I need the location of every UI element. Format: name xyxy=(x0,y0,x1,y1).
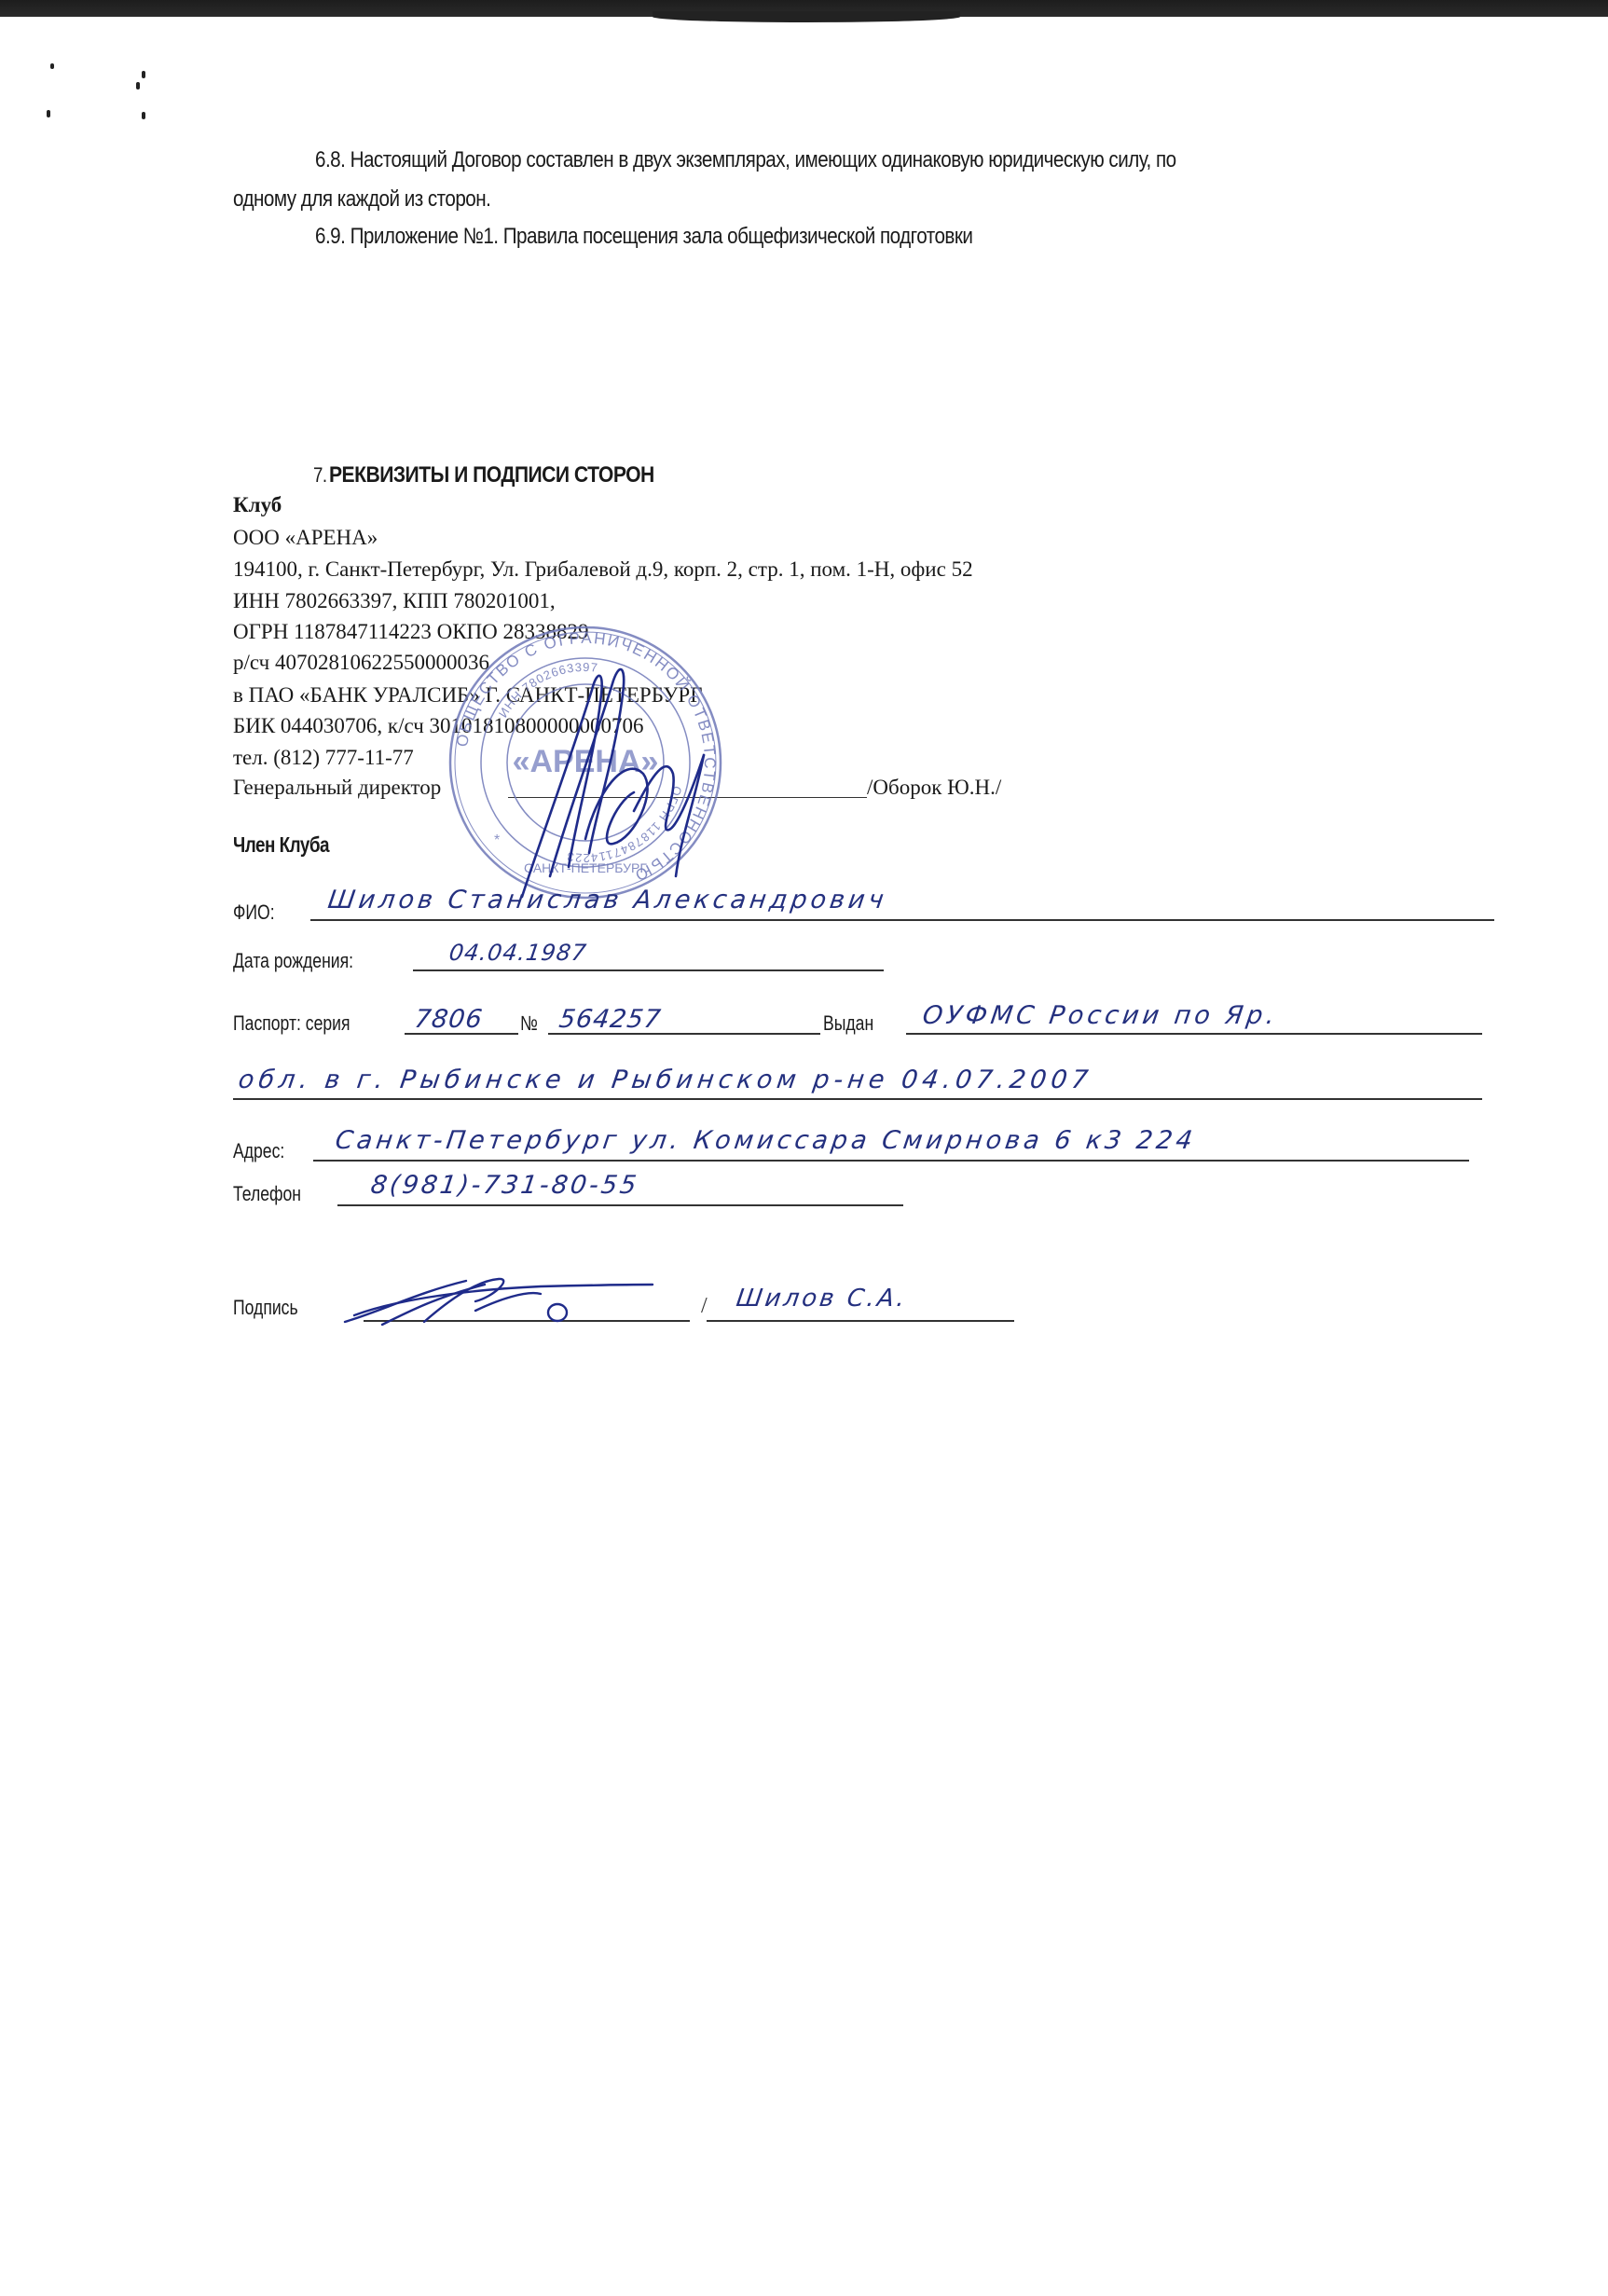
address-field[interactable] xyxy=(313,1160,1469,1162)
issued-field-line2[interactable] xyxy=(233,1098,1482,1100)
address-value: Санкт-Петербург ул. Комиссара Смирнова 6… xyxy=(334,1126,1198,1155)
issued-value-line1: ОУФМС России по Яр. xyxy=(921,1001,1280,1030)
signature-name-field[interactable] xyxy=(707,1320,1014,1322)
member-heading: Член Клуба xyxy=(233,832,329,858)
address-label: Адрес: xyxy=(233,1139,284,1163)
issued-value-line2: обл. в г. Рыбинске и Рыбинском р-не 04.0… xyxy=(237,1066,1094,1094)
dob-label: Дата рождения: xyxy=(233,949,353,973)
scan-top-edge xyxy=(0,0,1608,17)
clause-6-9: 6.9. Приложение №1. Правила посещения за… xyxy=(315,224,972,250)
section-number: 7. xyxy=(313,463,327,488)
punch-mark xyxy=(50,63,54,69)
passport-series-label: Паспорт: серия xyxy=(233,1011,350,1036)
phone-field[interactable] xyxy=(337,1204,903,1206)
punch-mark xyxy=(47,110,50,117)
dob-value: 04.04.1987 xyxy=(447,940,588,966)
passport-series-value: 7806 xyxy=(413,1005,485,1034)
passport-number-label: № xyxy=(520,1011,538,1036)
punch-mark xyxy=(136,82,140,89)
club-name: ООО «АРЕНА» xyxy=(233,525,378,550)
fio-field[interactable] xyxy=(310,919,1494,921)
clause-6-8-line2: одному для каждой из сторон. xyxy=(233,186,490,213)
dob-field[interactable] xyxy=(413,969,884,971)
section-title: РЕКВИЗИТЫ И ПОДПИСИ СТОРОН xyxy=(329,462,654,488)
section-heading: 7.РЕКВИЗИТЫ И ПОДПИСИ СТОРОН xyxy=(313,462,698,488)
passport-number-value: 564257 xyxy=(557,1005,663,1034)
club-phone: тел. (812) 777-11-77 xyxy=(233,745,414,770)
issued-label: Выдан xyxy=(823,1011,873,1036)
punch-mark xyxy=(142,112,145,119)
phone-label: Телефон xyxy=(233,1182,301,1206)
signature-name-value: Шилов С.А. xyxy=(735,1285,910,1313)
clause-6-8-line1: 6.8. Настоящий Договор составлен в двух … xyxy=(315,147,1176,173)
phone-value: 8(981)-731-80-55 xyxy=(369,1171,641,1200)
director-name: /Оборок Ю.Н./ xyxy=(867,775,1001,800)
club-inn-kpp: ИНН 7802663397, КПП 780201001, xyxy=(233,588,556,613)
fio-value: Шилов Станислав Александрович xyxy=(326,886,889,914)
club-heading: Клуб xyxy=(233,492,282,517)
director-signature xyxy=(503,653,727,904)
club-address: 194100, г. Санкт-Петербург, Ул. Грибалев… xyxy=(233,557,973,582)
fio-label: ФИО: xyxy=(233,901,275,925)
signature-separator: / xyxy=(701,1294,708,1319)
issued-field-line1[interactable] xyxy=(906,1033,1482,1035)
director-label: Генеральный директор xyxy=(233,775,441,800)
member-signature xyxy=(336,1273,690,1329)
signature-label: Подпись xyxy=(233,1296,298,1320)
stamp-star-icon: * xyxy=(494,832,500,848)
punch-mark xyxy=(142,71,145,78)
